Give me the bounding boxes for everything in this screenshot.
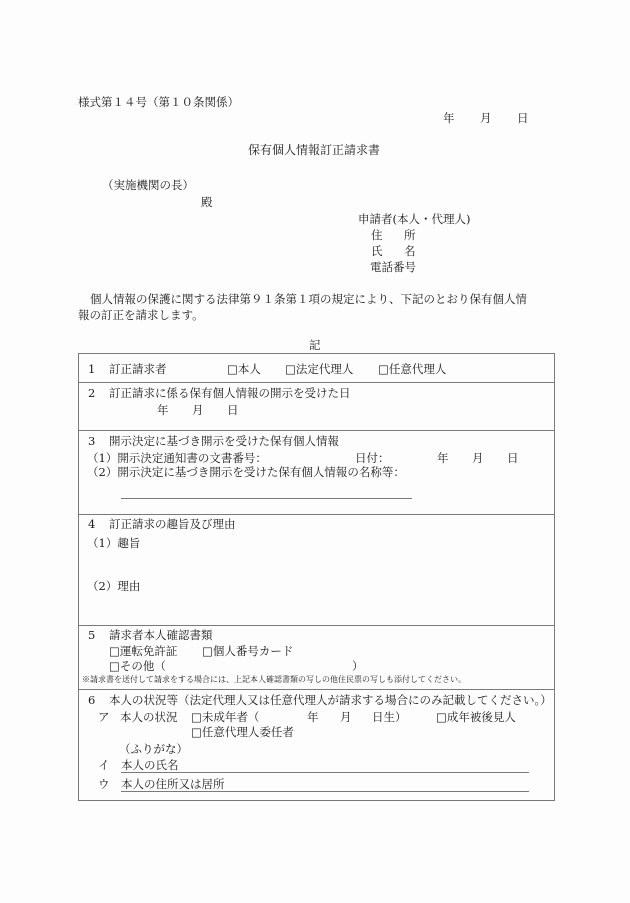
row-divider (79, 430, 554, 431)
intro-line-2: 報の訂正を請求します。 (78, 308, 204, 322)
document-number-label: （1）開示決定通知書の文書番号： (87, 451, 267, 465)
other-close-paren: ） (352, 659, 364, 673)
info-name-field[interactable] (121, 498, 412, 499)
notice-date-label: 日付： (355, 451, 390, 465)
checkbox-legal-agent[interactable]: □法定代理人 (285, 362, 353, 376)
date-year-label: 年 (443, 111, 455, 125)
purpose-label: （1）趣旨 (87, 536, 140, 550)
checkbox-my-number-card[interactable]: □個人番号カード (202, 644, 293, 658)
item-marker-a: ア (98, 710, 110, 724)
checkbox-voluntary-principal[interactable]: □任意代理人委任者 (191, 725, 294, 739)
birth-day-label: 日生） (372, 710, 407, 724)
section-number: 6 (88, 693, 95, 707)
furigana-label: （ふりがな） (119, 742, 188, 756)
section-number: 5 (88, 628, 95, 642)
section-label: 本人の状況等（法定代理人又は任意代理人が請求する場合にのみ記載してください。） (109, 693, 552, 707)
page-title: 保有個人情報訂正請求書 (248, 143, 380, 157)
checkbox-adult-ward[interactable]: □成年被後見人 (436, 710, 516, 724)
address-label-2: 所 (404, 228, 416, 242)
principal-address-label: 本人の住所又は居所 (121, 777, 225, 791)
birth-year-label: 年 (307, 710, 319, 724)
section-number: 4 (88, 517, 95, 531)
date-month-label: 月 (480, 111, 492, 125)
request-table: 1 訂正請求者 □本人 □法定代理人 □任意代理人 2 訂正請求に係る保有個人情… (78, 353, 555, 801)
month-label: 月 (472, 451, 484, 465)
principal-status-label: 本人の状況 (120, 710, 178, 724)
form-number: 様式第１４号（第１０条関係） (78, 95, 239, 109)
section-label: 請求者本人確認書類 (109, 628, 213, 642)
agency-head-label: （実施機関の長） (102, 178, 194, 192)
name-label-2: 名 (404, 244, 416, 258)
address-label-1: 住 (371, 228, 383, 242)
item-marker-i: イ (98, 758, 110, 772)
birth-month-label: 月 (340, 710, 352, 724)
day-label: 日 (227, 403, 239, 417)
info-name-label: （2）開示決定に基づき開示を受けた保有個人情報の名称等： (87, 465, 405, 479)
row-divider (79, 382, 554, 383)
checkbox-other[interactable]: □その他（ (109, 659, 166, 673)
section-label: 訂正請求者 (109, 362, 167, 376)
item-marker-u: ウ (98, 777, 110, 791)
month-label: 月 (192, 403, 204, 417)
day-label: 日 (507, 451, 519, 465)
checkbox-minor[interactable]: □未成年者（ (191, 710, 259, 724)
section-label: 訂正請求に係る保有個人情報の開示を受けた日 (109, 386, 351, 400)
row-divider (79, 625, 554, 626)
honorific-label: 殿 (201, 195, 213, 209)
identity-note: ※請求書を送付して請求をする場合には、上記本人確認書類の写しの他住民票の写しも添… (82, 673, 466, 687)
row-divider (79, 689, 554, 690)
reason-label: （2）理由 (87, 579, 140, 593)
section-number: 3 (88, 434, 95, 448)
year-label: 年 (157, 403, 169, 417)
checkbox-self[interactable]: □本人 (227, 362, 261, 376)
name-label-1: 氏 (371, 244, 383, 258)
row-divider (79, 514, 554, 515)
ki-label: 記 (309, 338, 321, 352)
applicant-heading: 申請者(本人・代理人) (358, 212, 470, 226)
checkbox-drivers-license[interactable]: □運転免許証 (109, 644, 177, 658)
principal-name-label: 本人の氏名 (121, 758, 179, 772)
section-number: 1 (88, 362, 95, 376)
intro-line-1: 個人情報の保護に関する法律第９１条第１項の規定により、下記のとおり保有個人情 (90, 292, 527, 306)
principal-name-field[interactable] (121, 772, 529, 773)
phone-label: 電話番号 (370, 260, 416, 274)
principal-address-field[interactable] (121, 791, 529, 792)
year-label: 年 (437, 451, 449, 465)
checkbox-voluntary-agent[interactable]: □任意代理人 (378, 362, 446, 376)
date-day-label: 日 (517, 111, 529, 125)
section-number: 2 (88, 386, 95, 400)
section-label: 開示決定に基づき開示を受けた保有個人情報 (109, 434, 339, 448)
section-label: 訂正請求の趣旨及び理由 (109, 517, 236, 531)
